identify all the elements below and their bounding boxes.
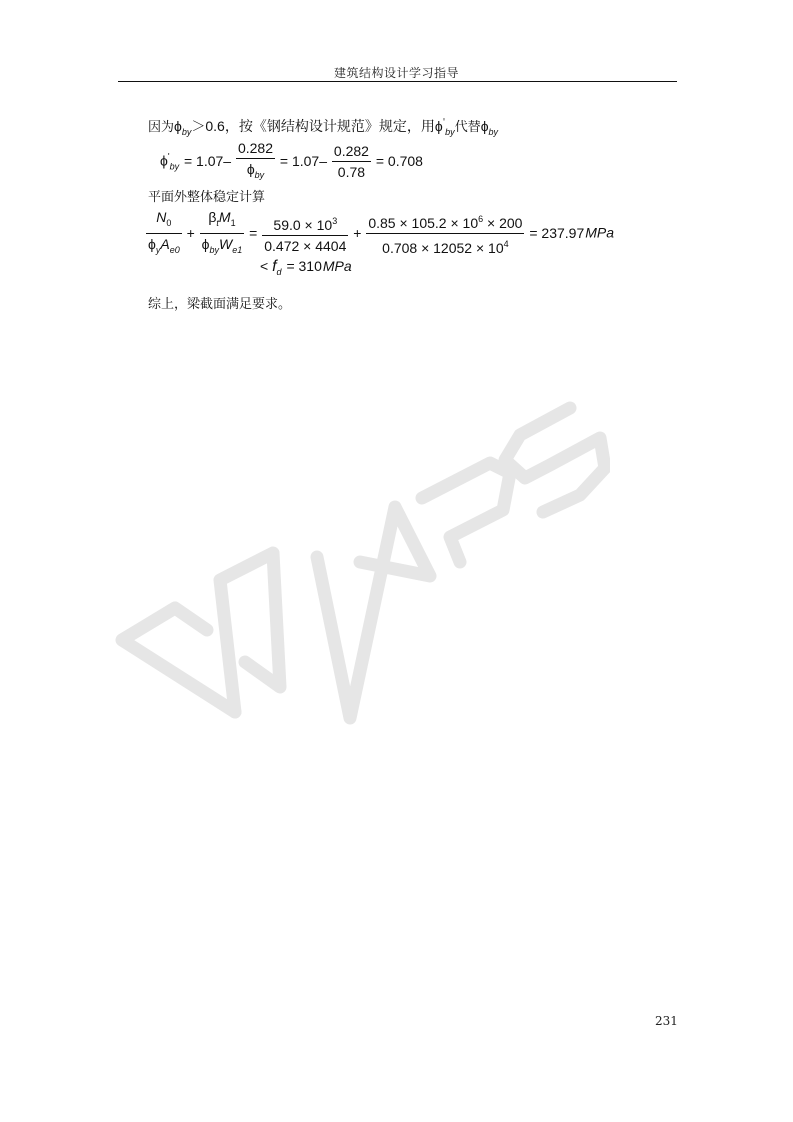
result: = 0.708 <box>375 153 424 169</box>
wps-watermark-icon <box>110 390 610 730</box>
symbol: N <box>156 209 166 225</box>
running-header-title: 建筑结构设计学习指导 <box>0 64 793 81</box>
operator: + <box>352 225 362 241</box>
denominator: 0.708 × 12052 × 104 <box>366 234 524 257</box>
value: = 310 <box>285 258 322 274</box>
number: 0.85 × 105.2 × 10 <box>368 215 478 231</box>
subscript: 1 <box>231 218 236 228</box>
exponent: 3 <box>332 216 337 226</box>
numerator: 0.282 <box>236 140 275 159</box>
denominator: 0.472 × 4404 <box>262 236 348 255</box>
equation-phi-prime: ϕ'by = 1.07– 0.282 ϕby = 1.07– 0.282 0.7… <box>160 140 424 184</box>
operator: = 1.07– <box>279 153 328 169</box>
phi-symbol: ϕ <box>202 236 210 252</box>
numerator: 0.282 <box>332 143 371 162</box>
phi-symbol: ϕ <box>160 153 168 169</box>
subscript: e1 <box>232 245 242 255</box>
phi-symbol: ϕ <box>247 161 255 177</box>
section-title: 平面外整体稳定计算 <box>148 191 265 204</box>
number: × 200 <box>483 215 522 231</box>
numerator: 0.85 × 105.2 × 106 × 200 <box>366 211 524 234</box>
subscript: by <box>210 245 220 255</box>
phi-prime-symbol: ϕ <box>435 118 443 134</box>
denominator: 0.78 <box>332 162 371 181</box>
fraction: βtM1 ϕbyWe1 <box>200 209 245 259</box>
denominator: ϕby <box>236 159 275 184</box>
result: = 237.97 <box>528 225 585 241</box>
subscript: 0 <box>166 218 171 228</box>
symbol: W <box>219 236 232 252</box>
replace-text: 代替 <box>455 120 481 135</box>
fraction: 59.0 × 103 0.472 × 4404 <box>262 213 348 255</box>
operator: + <box>186 225 196 241</box>
text-prefix: 因为 <box>148 120 174 135</box>
subscript: by <box>255 170 265 180</box>
number: 0.708 × 12052 × 10 <box>382 240 503 256</box>
fraction: 0.85 × 105.2 × 106 × 200 0.708 × 12052 ×… <box>366 211 524 257</box>
phi-symbol: ϕ <box>174 118 182 134</box>
prime-mark: ' <box>168 152 170 162</box>
symbol: A <box>160 236 169 252</box>
operator: < <box>260 258 268 274</box>
condition-text: ＞0.6，按《钢结构设计规范》规定，用 <box>191 118 434 134</box>
exponent: 4 <box>504 239 509 249</box>
phi-symbol: ϕ <box>148 236 156 252</box>
numerator: 59.0 × 103 <box>262 213 348 236</box>
equation-limit: < fd = 310MPa <box>260 258 352 277</box>
numerator: βtM1 <box>200 209 245 234</box>
fraction: 0.282 0.78 <box>332 143 371 181</box>
unit: MPa <box>585 225 614 241</box>
numerator: N0 <box>146 209 182 234</box>
fraction: N0 ϕyAe0 <box>146 209 182 259</box>
equation-stability: N0 ϕyAe0 + βtM1 ϕbyWe1 = 59.0 × 103 0.47… <box>146 209 614 259</box>
subscript: e0 <box>170 245 180 255</box>
denominator: ϕyAe0 <box>146 234 182 259</box>
page-number: 231 <box>655 1014 678 1028</box>
conclusion-text: 综上，梁截面满足要求。 <box>148 298 291 311</box>
number: 59.0 × 10 <box>273 217 332 233</box>
subscript: by <box>489 127 499 137</box>
symbol: M <box>219 209 231 225</box>
operator: = 1.07– <box>183 153 232 169</box>
subscript: by <box>170 162 180 172</box>
subscript: by <box>445 127 455 137</box>
denominator: ϕbyWe1 <box>200 234 245 259</box>
fraction: 0.282 ϕby <box>236 140 275 184</box>
phi-symbol: ϕ <box>481 118 489 134</box>
operator: = <box>248 225 258 241</box>
paragraph-condition: 因为ϕby＞0.6，按《钢结构设计规范》规定，用ϕ'by代替ϕby <box>148 119 498 137</box>
subscript: by <box>182 127 192 137</box>
unit: MPa <box>323 258 352 274</box>
header-divider <box>118 81 677 82</box>
subscript: d <box>277 267 282 277</box>
